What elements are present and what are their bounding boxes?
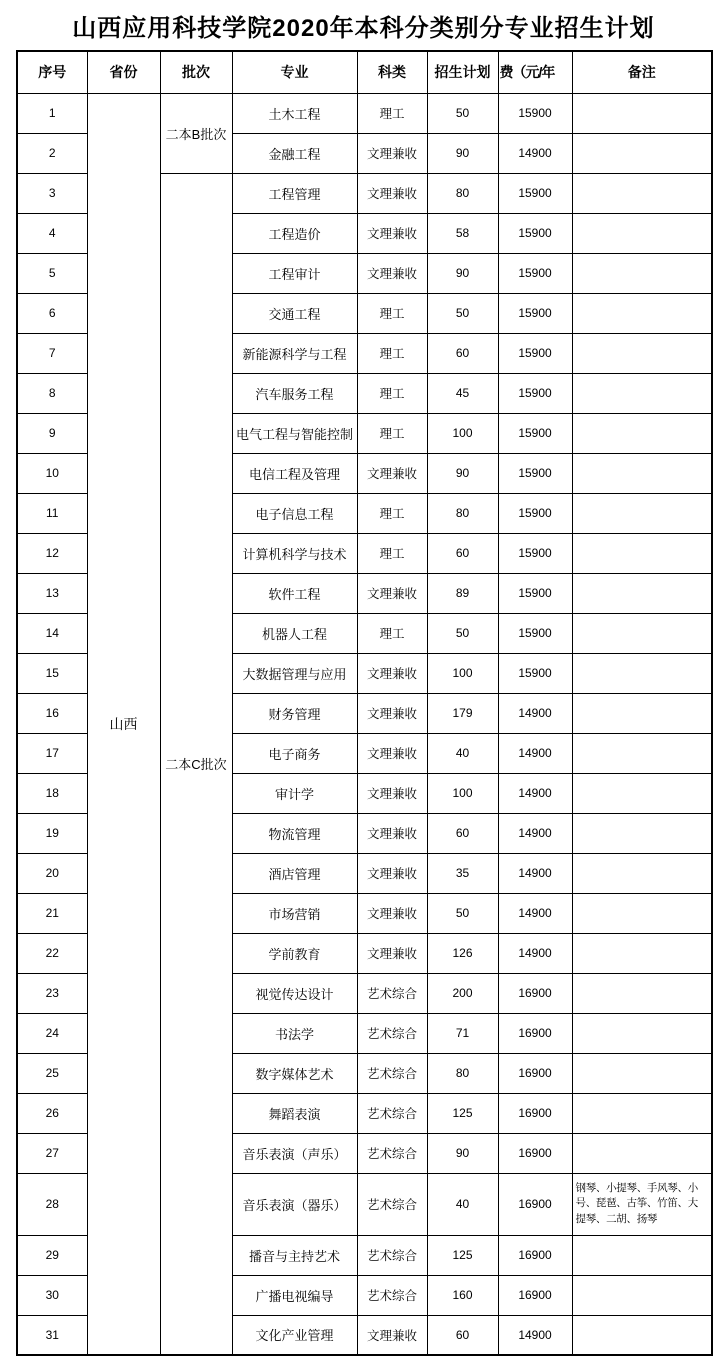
- plan-cell: 50: [427, 93, 498, 133]
- major-cell: 电信工程及管理: [232, 453, 357, 493]
- major-cell: 书法学: [232, 1013, 357, 1053]
- fee-cell: 16900: [498, 1013, 572, 1053]
- category-cell: 理工: [357, 373, 427, 413]
- category-cell: 理工: [357, 413, 427, 453]
- remark-cell: [572, 733, 712, 773]
- plan-cell: 80: [427, 493, 498, 533]
- fee-cell: 14900: [498, 133, 572, 173]
- category-cell: 理工: [357, 93, 427, 133]
- plan-cell: 90: [427, 453, 498, 493]
- major-cell: 财务管理: [232, 693, 357, 733]
- row-number-cell: 29: [17, 1235, 87, 1275]
- fee-cell: 15900: [498, 653, 572, 693]
- remark-cell: [572, 213, 712, 253]
- remark-cell: [572, 853, 712, 893]
- header-province: 省份: [87, 51, 160, 93]
- major-cell: 计算机科学与技术: [232, 533, 357, 573]
- plan-cell: 80: [427, 173, 498, 213]
- category-cell: 艺术综合: [357, 1133, 427, 1173]
- category-cell: 理工: [357, 613, 427, 653]
- row-number-cell: 31: [17, 1315, 87, 1355]
- remark-cell: [572, 93, 712, 133]
- plan-cell: 200: [427, 973, 498, 1013]
- category-cell: 理工: [357, 333, 427, 373]
- row-number-cell: 8: [17, 373, 87, 413]
- major-cell: 新能源科学与工程: [232, 333, 357, 373]
- remark-cell: [572, 813, 712, 853]
- row-number-cell: 10: [17, 453, 87, 493]
- remark-cell: [572, 253, 712, 293]
- row-number-cell: 7: [17, 333, 87, 373]
- major-cell: 电子商务: [232, 733, 357, 773]
- category-cell: 文理兼收: [357, 893, 427, 933]
- remark-cell: [572, 413, 712, 453]
- plan-cell: 45: [427, 373, 498, 413]
- batch-cell: 二本C批次: [160, 173, 232, 1355]
- major-cell: 舞蹈表演: [232, 1093, 357, 1133]
- remark-cell: [572, 893, 712, 933]
- category-cell: 文理兼收: [357, 733, 427, 773]
- row-number-cell: 15: [17, 653, 87, 693]
- category-cell: 理工: [357, 493, 427, 533]
- remark-cell: [572, 1275, 712, 1315]
- plan-cell: 60: [427, 813, 498, 853]
- major-cell: 金融工程: [232, 133, 357, 173]
- header-row: 序号 省份 批次 专业 科类 招生计划 费（元/年 备注: [17, 51, 712, 93]
- major-cell: 广播电视编导: [232, 1275, 357, 1315]
- header-category: 科类: [357, 51, 427, 93]
- plan-cell: 100: [427, 773, 498, 813]
- plan-cell: 71: [427, 1013, 498, 1053]
- row-number-cell: 27: [17, 1133, 87, 1173]
- major-cell: 电子信息工程: [232, 493, 357, 533]
- row-number-cell: 4: [17, 213, 87, 253]
- category-cell: 文理兼收: [357, 653, 427, 693]
- fee-cell: 16900: [498, 1093, 572, 1133]
- plan-cell: 89: [427, 573, 498, 613]
- category-cell: 艺术综合: [357, 1173, 427, 1235]
- header-remark: 备注: [572, 51, 712, 93]
- plan-cell: 58: [427, 213, 498, 253]
- document-page: 山西应用科技学院2020年本科分类别分专业招生计划 序号 省份 批次 专业 科类…: [0, 0, 723, 1350]
- row-number-cell: 17: [17, 733, 87, 773]
- row-number-cell: 20: [17, 853, 87, 893]
- plan-cell: 35: [427, 853, 498, 893]
- remark-cell: [572, 1133, 712, 1173]
- category-cell: 艺术综合: [357, 1275, 427, 1315]
- major-cell: 交通工程: [232, 293, 357, 333]
- remark-cell: [572, 493, 712, 533]
- table-row: 1山西二本B批次土木工程理工5015900: [17, 93, 712, 133]
- row-number-cell: 30: [17, 1275, 87, 1315]
- major-cell: 软件工程: [232, 573, 357, 613]
- row-number-cell: 28: [17, 1173, 87, 1235]
- plan-cell: 60: [427, 333, 498, 373]
- header-enrollment-plan: 招生计划: [427, 51, 498, 93]
- remark-cell: [572, 1093, 712, 1133]
- category-cell: 文理兼收: [357, 133, 427, 173]
- major-cell: 音乐表演（器乐）: [232, 1173, 357, 1235]
- enrollment-table: 序号 省份 批次 专业 科类 招生计划 费（元/年 备注 1山西二本B批次土木工…: [16, 50, 713, 1356]
- major-cell: 工程造价: [232, 213, 357, 253]
- remark-cell: [572, 1315, 712, 1355]
- plan-cell: 50: [427, 293, 498, 333]
- major-cell: 物流管理: [232, 813, 357, 853]
- remark-cell: [572, 973, 712, 1013]
- major-cell: 数字媒体艺术: [232, 1053, 357, 1093]
- row-number-cell: 2: [17, 133, 87, 173]
- plan-cell: 125: [427, 1235, 498, 1275]
- major-cell: 视觉传达设计: [232, 973, 357, 1013]
- category-cell: 文理兼收: [357, 213, 427, 253]
- row-number-cell: 11: [17, 493, 87, 533]
- remark-cell: [572, 453, 712, 493]
- major-cell: 音乐表演（声乐）: [232, 1133, 357, 1173]
- fee-cell: 14900: [498, 693, 572, 733]
- plan-cell: 100: [427, 413, 498, 453]
- remark-cell: [572, 333, 712, 373]
- remark-cell: [572, 933, 712, 973]
- major-cell: 土木工程: [232, 93, 357, 133]
- batch-cell: 二本B批次: [160, 93, 232, 173]
- remark-cell: [572, 573, 712, 613]
- remark-cell: [572, 1235, 712, 1275]
- header-fee: 费（元/年: [498, 51, 572, 93]
- major-cell: 工程管理: [232, 173, 357, 213]
- row-number-cell: 13: [17, 573, 87, 613]
- major-cell: 汽车服务工程: [232, 373, 357, 413]
- remark-cell: [572, 133, 712, 173]
- major-cell: 机器人工程: [232, 613, 357, 653]
- major-cell: 大数据管理与应用: [232, 653, 357, 693]
- row-number-cell: 21: [17, 893, 87, 933]
- fee-cell: 15900: [498, 413, 572, 453]
- plan-cell: 100: [427, 653, 498, 693]
- remark-cell: [572, 293, 712, 333]
- fee-cell: 16900: [498, 1173, 572, 1235]
- fee-cell: 14900: [498, 893, 572, 933]
- fee-cell: 15900: [498, 93, 572, 133]
- plan-cell: 90: [427, 253, 498, 293]
- page-title: 山西应用科技学院2020年本科分类别分专业招生计划: [16, 8, 711, 43]
- row-number-cell: 3: [17, 173, 87, 213]
- category-cell: 理工: [357, 533, 427, 573]
- category-cell: 文理兼收: [357, 253, 427, 293]
- fee-cell: 14900: [498, 853, 572, 893]
- row-number-cell: 12: [17, 533, 87, 573]
- plan-cell: 90: [427, 133, 498, 173]
- category-cell: 文理兼收: [357, 453, 427, 493]
- row-number-cell: 23: [17, 973, 87, 1013]
- row-number-cell: 22: [17, 933, 87, 973]
- fee-cell: 15900: [498, 573, 572, 613]
- remark-cell: [572, 1013, 712, 1053]
- row-number-cell: 6: [17, 293, 87, 333]
- remark-cell: [572, 1053, 712, 1093]
- plan-cell: 90: [427, 1133, 498, 1173]
- header-major: 专业: [232, 51, 357, 93]
- plan-cell: 179: [427, 693, 498, 733]
- row-number-cell: 25: [17, 1053, 87, 1093]
- remark-cell: [572, 653, 712, 693]
- category-cell: 艺术综合: [357, 1013, 427, 1053]
- category-cell: 艺术综合: [357, 1235, 427, 1275]
- fee-cell: 15900: [498, 333, 572, 373]
- row-number-cell: 14: [17, 613, 87, 653]
- fee-cell: 15900: [498, 293, 572, 333]
- category-cell: 文理兼收: [357, 773, 427, 813]
- row-number-cell: 16: [17, 693, 87, 733]
- remark-cell: [572, 693, 712, 733]
- major-cell: 酒店管理: [232, 853, 357, 893]
- category-cell: 文理兼收: [357, 693, 427, 733]
- category-cell: 文理兼收: [357, 573, 427, 613]
- row-number-cell: 26: [17, 1093, 87, 1133]
- fee-cell: 15900: [498, 213, 572, 253]
- plan-cell: 50: [427, 613, 498, 653]
- major-cell: 市场营销: [232, 893, 357, 933]
- fee-cell: 15900: [498, 533, 572, 573]
- fee-cell: 14900: [498, 733, 572, 773]
- row-number-cell: 18: [17, 773, 87, 813]
- plan-cell: 160: [427, 1275, 498, 1315]
- header-batch: 批次: [160, 51, 232, 93]
- row-number-cell: 1: [17, 93, 87, 133]
- plan-cell: 40: [427, 733, 498, 773]
- row-number-cell: 19: [17, 813, 87, 853]
- plan-cell: 60: [427, 1315, 498, 1355]
- fee-cell: 16900: [498, 1133, 572, 1173]
- major-cell: 审计学: [232, 773, 357, 813]
- row-number-cell: 9: [17, 413, 87, 453]
- remark-cell: [572, 533, 712, 573]
- major-cell: 播音与主持艺术: [232, 1235, 357, 1275]
- fee-cell: 15900: [498, 613, 572, 653]
- remark-cell: [572, 613, 712, 653]
- plan-cell: 50: [427, 893, 498, 933]
- remark-cell: [572, 373, 712, 413]
- category-cell: 艺术综合: [357, 1093, 427, 1133]
- fee-cell: 15900: [498, 453, 572, 493]
- row-number-cell: 5: [17, 253, 87, 293]
- category-cell: 文理兼收: [357, 173, 427, 213]
- plan-cell: 60: [427, 533, 498, 573]
- fee-cell: 16900: [498, 1235, 572, 1275]
- fee-cell: 16900: [498, 973, 572, 1013]
- major-cell: 学前教育: [232, 933, 357, 973]
- plan-cell: 126: [427, 933, 498, 973]
- header-seq-number: 序号: [17, 51, 87, 93]
- fee-cell: 16900: [498, 1275, 572, 1315]
- category-cell: 文理兼收: [357, 1315, 427, 1355]
- fee-cell: 14900: [498, 933, 572, 973]
- province-cell: 山西: [87, 93, 160, 1355]
- fee-cell: 14900: [498, 1315, 572, 1355]
- major-cell: 文化产业管理: [232, 1315, 357, 1355]
- plan-cell: 125: [427, 1093, 498, 1133]
- major-cell: 工程审计: [232, 253, 357, 293]
- category-cell: 艺术综合: [357, 1053, 427, 1093]
- remark-cell: [572, 773, 712, 813]
- fee-cell: 14900: [498, 813, 572, 853]
- remark-cell: 钢琴、小提琴、手风琴、小号、琵琶、古筝、竹笛、大提琴、二胡、扬琴: [572, 1173, 712, 1235]
- category-cell: 文理兼收: [357, 813, 427, 853]
- plan-cell: 40: [427, 1173, 498, 1235]
- fee-cell: 15900: [498, 253, 572, 293]
- fee-cell: 15900: [498, 373, 572, 413]
- fee-cell: 14900: [498, 773, 572, 813]
- category-cell: 理工: [357, 293, 427, 333]
- fee-cell: 15900: [498, 173, 572, 213]
- fee-cell: 16900: [498, 1053, 572, 1093]
- category-cell: 文理兼收: [357, 933, 427, 973]
- remark-cell: [572, 173, 712, 213]
- category-cell: 艺术综合: [357, 973, 427, 1013]
- major-cell: 电气工程与智能控制: [232, 413, 357, 453]
- plan-cell: 80: [427, 1053, 498, 1093]
- fee-cell: 15900: [498, 493, 572, 533]
- row-number-cell: 24: [17, 1013, 87, 1053]
- category-cell: 文理兼收: [357, 853, 427, 893]
